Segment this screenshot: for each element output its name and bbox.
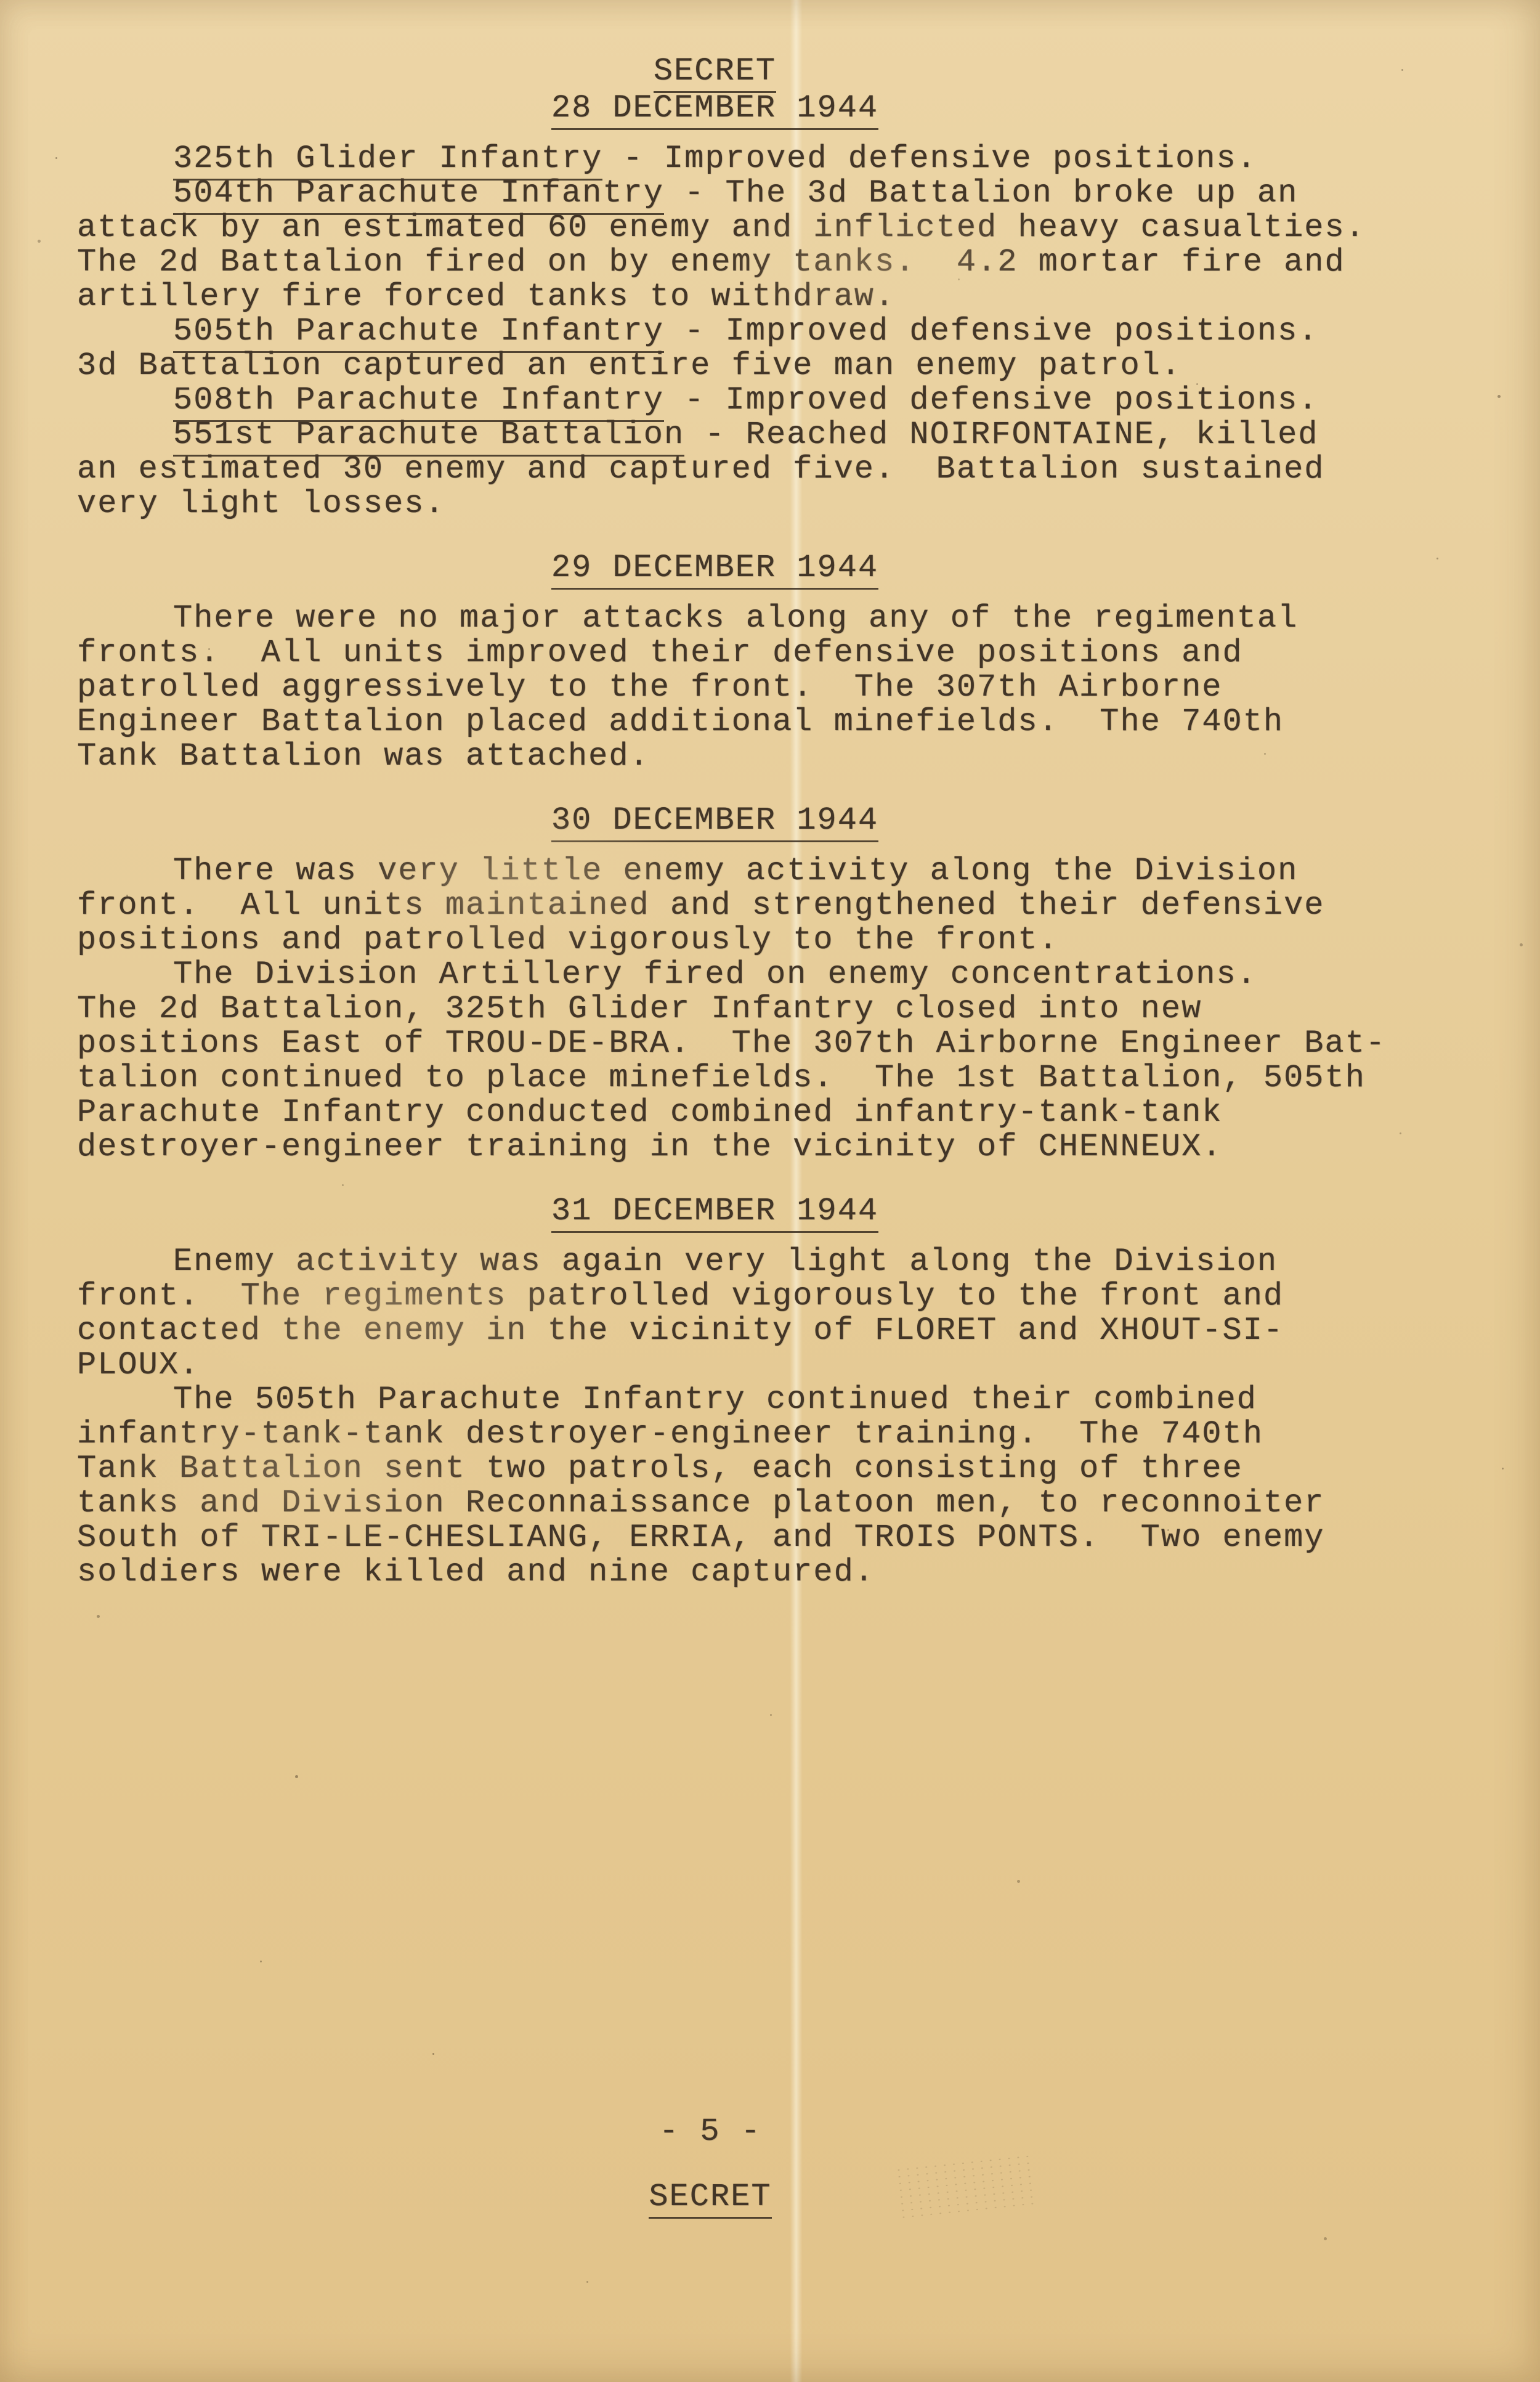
text-line: 504th Parachute Infantry - The 3d Battal…: [77, 176, 1472, 211]
text-segment: artillery fire forced tanks to withdraw.: [77, 278, 895, 315]
text-line: contacted the enemy in the vicinity of F…: [77, 1314, 1472, 1348]
text-line: 508th Parachute Infantry - Improved defe…: [77, 383, 1472, 418]
text-line: positions East of TROU-DE-BRA. The 307th…: [77, 1026, 1472, 1061]
text-line: infantry-tank-tank destroyer-engineer tr…: [77, 1417, 1472, 1452]
text-line: front. All units maintained and strength…: [77, 888, 1472, 923]
section-date-heading: 29 DECEMBER 1944: [17, 551, 1412, 585]
text-segment: The 2d Battalion, 325th Glider Infantry …: [77, 991, 1202, 1027]
text-line: destroyer-engineer training in the vicin…: [77, 1130, 1472, 1165]
text-line: very light losses.: [77, 487, 1472, 521]
text-segment: 3d Battalion captured an entire five man…: [77, 348, 1181, 384]
text-segment: South of TRI-LE-CHESLIANG, ERRIA, and TR…: [77, 1519, 1325, 1556]
journal-section: 29 DECEMBER 1944There were no major atta…: [77, 551, 1472, 774]
section-date-heading: 30 DECEMBER 1944: [17, 803, 1412, 838]
text-line: Engineer Battalion placed additional min…: [77, 705, 1472, 739]
text-line: Parachute Infantry conducted combined in…: [77, 1095, 1472, 1130]
text-segment: The Division Artillery fired on enemy co…: [173, 956, 1257, 993]
text-segment: There were no major attacks along any of…: [173, 600, 1298, 636]
text-segment: fronts. All units improved their defensi…: [77, 635, 1243, 671]
text-segment: Tank Battalion sent two patrols, each co…: [77, 1450, 1243, 1487]
text-line: The 505th Parachute Infantry continued t…: [77, 1383, 1472, 1417]
text-line: an estimated 30 enemy and captured five.…: [77, 452, 1472, 487]
page-number: - 5 -: [0, 2115, 1480, 2149]
section-date-heading-text: 31 DECEMBER 1944: [551, 1193, 878, 1233]
text-segment: patrolled aggressively to the front. The…: [77, 669, 1222, 705]
text-segment: - Improved defensive positions.: [664, 313, 1319, 349]
scanned-document-page: SECRET 28 DECEMBER 1944325th Glider Infa…: [0, 0, 1540, 2382]
document-content: SECRET 28 DECEMBER 1944325th Glider Infa…: [77, 54, 1472, 1590]
text-line: 325th Glider Infantry - Improved defensi…: [77, 142, 1472, 176]
section-date-heading: 31 DECEMBER 1944: [17, 1194, 1412, 1229]
text-line: Enemy activity was again very light alon…: [77, 1245, 1472, 1279]
text-segment: contacted the enemy in the vicinity of F…: [77, 1312, 1284, 1349]
text-segment: front. The regiments patrolled vigorousl…: [77, 1278, 1284, 1314]
text-segment: There was very little enemy activity alo…: [173, 853, 1298, 889]
text-line: The 2d Battalion fired on by enemy tanks…: [77, 245, 1472, 280]
text-line: soldiers were killed and nine captured.: [77, 1555, 1472, 1590]
text-segment: tanks and Division Reconnaissance platoo…: [77, 1485, 1325, 1521]
text-line: talion continued to place minefields. Th…: [77, 1061, 1472, 1095]
section-date-heading-text: 28 DECEMBER 1944: [551, 90, 878, 130]
text-segment: front. All units maintained and strength…: [77, 887, 1325, 924]
text-segment: infantry-tank-tank destroyer-engineer tr…: [77, 1416, 1263, 1452]
text-segment: PLOUX.: [77, 1347, 200, 1383]
classification-footer: SECRET: [0, 2180, 1480, 2214]
text-segment: - Reached NOIRFONTAINE, killed: [684, 417, 1318, 453]
text-line: patrolled aggressively to the front. The…: [77, 670, 1472, 705]
classification-header: SECRET: [17, 54, 1412, 89]
text-line: South of TRI-LE-CHESLIANG, ERRIA, and TR…: [77, 1521, 1472, 1555]
text-segment: Parachute Infantry conducted combined in…: [77, 1094, 1222, 1131]
journal-sections: 28 DECEMBER 1944325th Glider Infantry - …: [77, 91, 1472, 1590]
text-line: There were no major attacks along any of…: [77, 601, 1472, 636]
text-line: There was very little enemy activity alo…: [77, 854, 1472, 888]
text-segment: an estimated 30 enemy and captured five.…: [77, 451, 1325, 487]
text-line: 3d Battalion captured an entire five man…: [77, 349, 1472, 383]
text-segment: soldiers were killed and nine captured.: [77, 1554, 875, 1590]
text-line: Tank Battalion sent two patrols, each co…: [77, 1452, 1472, 1486]
section-date-heading: 28 DECEMBER 1944: [17, 91, 1412, 126]
text-segment: attack by an estimated 60 enemy and infl…: [77, 209, 1366, 246]
text-line: fronts. All units improved their defensi…: [77, 636, 1472, 670]
text-line: Tank Battalion was attached.: [77, 739, 1472, 774]
text-line: front. The regiments patrolled vigorousl…: [77, 1279, 1472, 1314]
text-segment: - The 3d Battalion broke up an: [664, 175, 1298, 211]
text-segment: - Improved defensive positions.: [602, 140, 1257, 177]
text-segment: very light losses.: [77, 486, 445, 522]
text-segment: Tank Battalion was attached.: [77, 738, 650, 774]
text-segment: positions and patrolled vigorously to th…: [77, 922, 1059, 958]
text-segment: The 505th Parachute Infantry continued t…: [173, 1381, 1257, 1418]
text-line: attack by an estimated 60 enemy and infl…: [77, 211, 1472, 245]
journal-section: 30 DECEMBER 1944There was very little en…: [77, 803, 1472, 1165]
journal-section: 28 DECEMBER 1944325th Glider Infantry - …: [77, 91, 1472, 521]
text-segment: The 2d Battalion fired on by enemy tanks…: [77, 244, 1345, 280]
text-segment: destroyer-engineer training in the vicin…: [77, 1129, 1222, 1165]
classification-header-text: SECRET: [654, 53, 776, 93]
text-line: The Division Artillery fired on enemy co…: [77, 957, 1472, 992]
text-segment: positions East of TROU-DE-BRA. The 307th…: [77, 1025, 1386, 1062]
text-line: The 2d Battalion, 325th Glider Infantry …: [77, 992, 1472, 1026]
section-date-heading-text: 29 DECEMBER 1944: [551, 550, 878, 590]
text-segment: Engineer Battalion placed additional min…: [77, 704, 1284, 740]
journal-section: 31 DECEMBER 1944Enemy activity was again…: [77, 1194, 1472, 1590]
classification-footer-text: SECRET: [649, 2179, 771, 2219]
paper-specks: [0, 0, 2, 2]
text-segment: Enemy activity was again very light alon…: [173, 1243, 1278, 1280]
text-line: 505th Parachute Infantry - Improved defe…: [77, 314, 1472, 349]
text-line: PLOUX.: [77, 1348, 1472, 1383]
text-line: 551st Parachute Battalion - Reached NOIR…: [77, 418, 1472, 452]
text-line: artillery fire forced tanks to withdraw.: [77, 280, 1472, 314]
text-line: tanks and Division Reconnaissance platoo…: [77, 1486, 1472, 1521]
text-segment: talion continued to place minefields. Th…: [77, 1060, 1366, 1096]
text-segment: - Improved defensive positions.: [664, 382, 1319, 418]
section-date-heading-text: 30 DECEMBER 1944: [551, 802, 878, 842]
text-line: positions and patrolled vigorously to th…: [77, 923, 1472, 957]
